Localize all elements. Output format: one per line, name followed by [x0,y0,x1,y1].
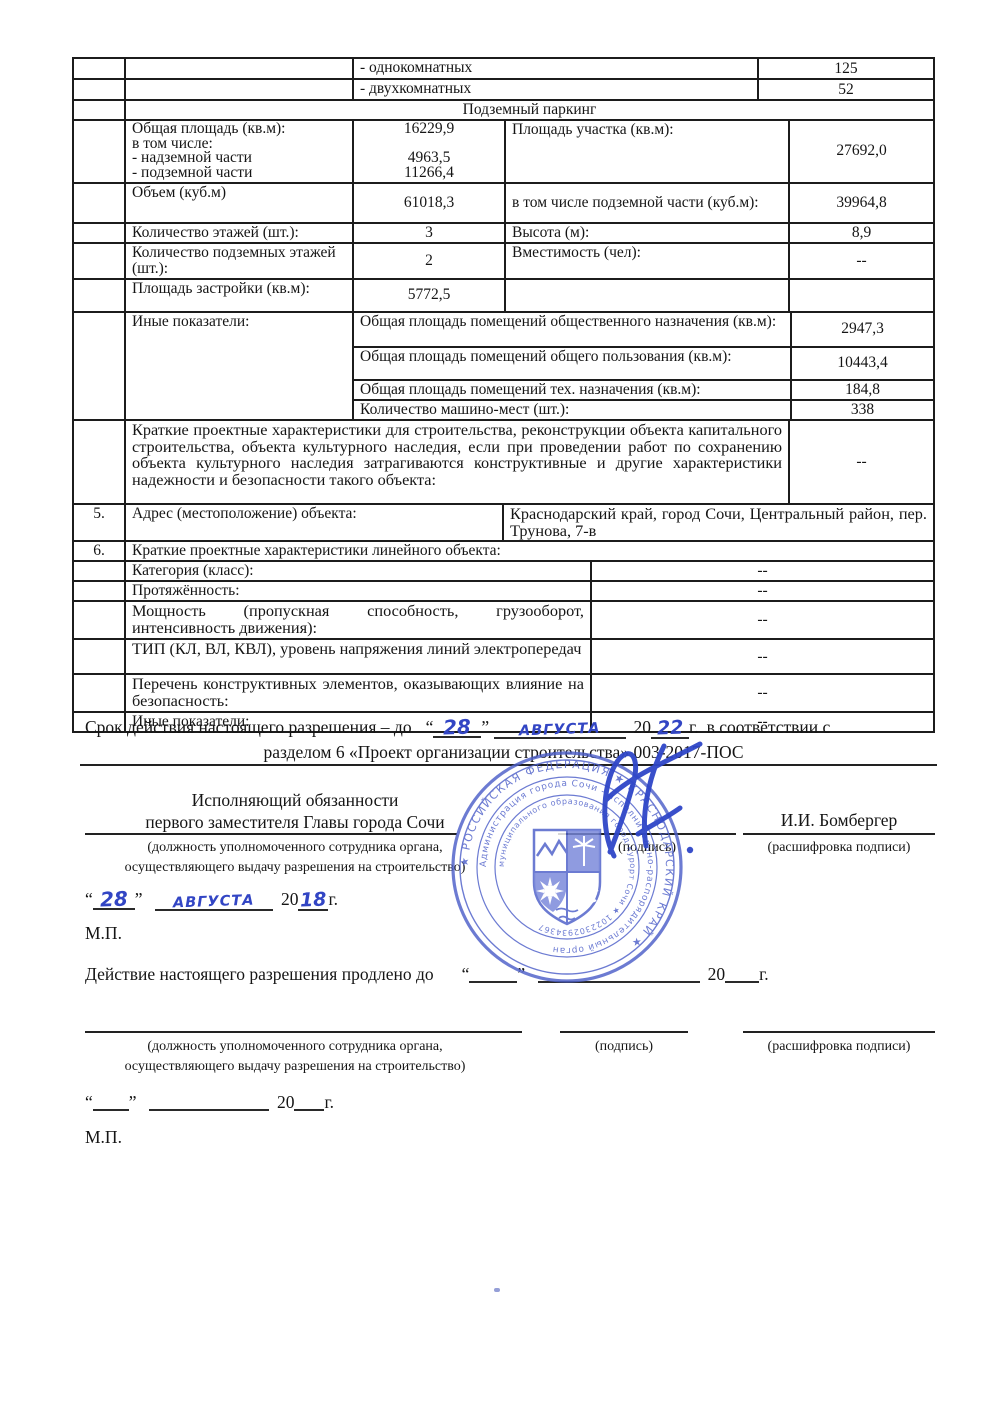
blank-line [294,1091,324,1111]
cell-label: Общая площадь помещений тех. назначения … [354,381,790,399]
empty-cell [124,80,352,99]
blank-line: 28 [433,718,481,738]
handwritten-day: 28 [443,716,472,739]
signature-line [560,1031,688,1033]
table-row: ТИП (КЛ, ВЛ, КВЛ), уровень напряжения ли… [74,638,933,673]
table-row: Общая площадь помещений общественного на… [354,313,933,346]
cell-value: 61018,3 [352,184,504,222]
cell-value: 338 [790,401,933,419]
row-number-cell [74,121,124,182]
year-prefix: 20 [634,717,652,737]
position-line: Исполняющий обязанности [85,789,505,811]
cell-value: 3 [352,224,504,242]
row-number-cell [74,602,124,638]
caption-name: (расшифровка подписи) [743,838,935,858]
table-row: Протяжённость: -- [74,580,933,600]
cell-value: -- [590,582,933,600]
label-line: - подземной части [132,166,346,181]
quote-open: “ [426,717,434,737]
cell-label: Объем (куб.м) [124,184,352,222]
seal-placeholder: М.П. [85,1126,122,1148]
cell-value: -- [590,675,933,711]
cell-value: 184,8 [790,381,933,399]
blank-line: 22 [651,719,689,739]
row-number-cell [74,421,124,503]
cell-value: 2947,3 [790,313,933,346]
validity-line: Срок действия настоящего разрешения – до… [85,716,955,739]
scanned-permit-page: - однокомнатных 125 - двухкомнатных 52 П… [0,0,1000,1417]
value-line: 11266,4 [360,166,498,181]
signature [578,738,716,866]
table-row: - однокомнатных 125 [74,59,933,78]
table-row: Общая площадь помещений тех. назначения … [354,379,933,399]
cell-label: Иные показатели: [124,313,352,419]
row-number-cell [74,224,124,242]
row-number-cell [74,675,124,711]
caption-name: (расшифровка подписи) [743,1037,935,1057]
year-suffix: г. [759,964,769,984]
cell-value: Краснодарский край, город Сочи, Централь… [502,505,933,541]
official-position: Исполняющий обязанности первого заместит… [85,789,505,833]
position-line: первого заместителя Главы города Сочи [85,811,505,833]
cell-label: Количество этажей (шт.): [124,224,352,242]
official-name: И.И. Бомбергер [743,809,935,831]
quote-open: “ [85,1092,93,1112]
row-number-cell [74,59,124,78]
blank-line: 18 [298,891,328,911]
row-number-cell [74,313,124,419]
extension-date: “” 20г. [85,1091,334,1113]
table-row: Общая площадь (кв.м): в том числе: - над… [74,119,933,182]
cell-value: 5772,5 [352,280,504,311]
cell-value: 2 [352,244,504,278]
row-number-cell: 6. [74,542,124,560]
caption-position: (должность уполномоченного сотрудника ор… [70,1037,520,1077]
handwritten-year: 22 [656,717,683,740]
cell-value: -- [788,421,933,503]
table-row: Иные показатели: Общая площадь помещений… [74,311,933,419]
cell-value: -- [590,602,933,638]
blank-line: 28 [93,890,135,910]
cell-value: 39964,8 [788,184,933,222]
cell-value: 8,9 [788,224,933,242]
caption-signature: (подпись) [560,1037,688,1057]
cell-value: -- [590,640,933,673]
empty-cell [788,280,933,311]
cell-value: 10443,4 [790,348,933,379]
empty-cell [124,59,352,78]
cell-value: -- [788,244,933,278]
cell-value: 52 [757,80,933,99]
row-number-cell [74,244,124,278]
cell-label: Общая площадь (кв.м): в том числе: - над… [124,121,352,182]
year-prefix: 20 [281,889,299,909]
handwritten-month: АВГУСТА [173,890,255,915]
year-suffix: г. [689,717,699,737]
table-row: Количество этажей (шт.): 3 Высота (м): 8… [74,222,933,242]
caption-line: (должность уполномоченного сотрудника ор… [70,1037,520,1057]
cell-label: Общая площадь помещений общего пользован… [354,348,790,379]
caption-line: осуществляющего выдачу разрешения на стр… [70,1057,520,1077]
row-number-cell [74,280,124,311]
signature-line [743,833,935,835]
cell-label: Площадь застройки (кв.м): [124,280,352,311]
nested-table: Общая площадь помещений общественного на… [352,313,933,419]
cell-label: Категория (класс): [124,562,590,580]
characteristics-table: - однокомнатных 125 - двухкомнатных 52 П… [72,57,935,733]
cell-value: 125 [757,59,933,78]
table-row: Объем (куб.м) 61018,3 в том числе подзем… [74,182,933,222]
table-row: Подземный паркинг [74,99,933,119]
quote-open: “ [85,889,93,909]
signature-dot [687,847,693,853]
cell-label: Вместимость (чел): [504,244,788,278]
section-header: Краткие проектные характеристики линейно… [124,542,933,560]
cell-value: 16229,9 4963,5 11266,4 [352,121,504,182]
quote-close: ” [481,717,489,737]
table-row: Количество машино-мест (шт.): 338 [354,399,933,419]
row-number-cell [74,640,124,673]
cell-label: - однокомнатных [352,59,757,78]
quote-close: ” [129,1092,137,1112]
signature-line [85,833,457,835]
seal-placeholder: М.П. [85,922,122,944]
cell-label: Мощность (пропускная способность, грузоо… [124,602,590,638]
table-row: Мощность (пропускная способность, грузоо… [74,600,933,638]
extension-text: Действие настоящего разрешения продлено … [85,964,434,984]
value-line: 16229,9 [360,122,498,137]
blank-line [725,963,759,983]
empty-cell [504,280,788,311]
cell-label: в том числе подземной части (куб.м): [504,184,788,222]
handwritten-day: 28 [99,888,128,911]
row-number-cell [74,184,124,222]
row-number-cell [74,101,124,119]
signature-line [743,1031,935,1033]
blank-line [149,1091,269,1111]
table-row: 5. Адрес (местоположение) объекта: Красн… [74,503,933,541]
section-header: Подземный паркинг [124,101,933,119]
quote-close: ” [135,889,143,909]
year-prefix: 20 [277,1092,295,1112]
year-suffix: г. [324,1092,334,1112]
blank-line: АВГУСТА [155,891,273,911]
cell-value: 27692,0 [788,121,933,182]
cell-value: -- [590,562,933,580]
year-prefix: 20 [708,964,726,984]
row-number-cell [74,80,124,99]
cell-label: Общая площадь помещений общественного на… [354,313,790,346]
row-number-cell: 5. [74,505,124,541]
cell-label: Перечень конструктивных элементов, оказы… [124,675,590,711]
blank-line [93,1091,129,1111]
signature-line [85,1031,522,1033]
table-row: Площадь застройки (кв.м): 5772,5 [74,278,933,311]
table-row: Перечень конструктивных элементов, оказы… [74,673,933,711]
scan-speck [494,1288,500,1292]
row-number-cell [74,582,124,600]
cell-label: Адрес (местоположение) объекта: [124,505,502,541]
table-row: 6. Краткие проектные характеристики лине… [74,540,933,560]
year-suffix: г. [328,889,338,909]
table-row: Краткие проектные характеристики для стр… [74,419,933,503]
cell-label: Площадь участка (кв.м): [504,121,788,182]
cell-label: Высота (м): [504,224,788,242]
cell-label: Протяжённость: [124,582,590,600]
cell-label: Количество подземных этажей (шт.): [124,244,352,278]
cell-label: ТИП (КЛ, ВЛ, КВЛ), уровень напряжения ли… [124,640,590,673]
table-row: Общая площадь помещений общего пользован… [354,346,933,379]
row-number-cell [74,562,124,580]
blank-line: АВГУСТА [494,719,626,739]
table-row: - двухкомнатных 52 [74,78,933,99]
cell-label: Количество машино-мест (шт.): [354,401,790,419]
validity-text: Срок действия настоящего разрешения – до [85,717,412,737]
validity-text: в соответствии с [707,717,831,737]
handwritten-year: 18 [300,889,327,912]
table-row: Количество подземных этажей (шт.): 2 Вме… [74,242,933,278]
signing-date: “28” АВГУСТА2018г. [85,888,338,911]
cell-label: Краткие проектные характеристики для стр… [124,421,788,503]
cell-label: - двухкомнатных [352,80,757,99]
table-row: Категория (класс): -- [74,560,933,580]
